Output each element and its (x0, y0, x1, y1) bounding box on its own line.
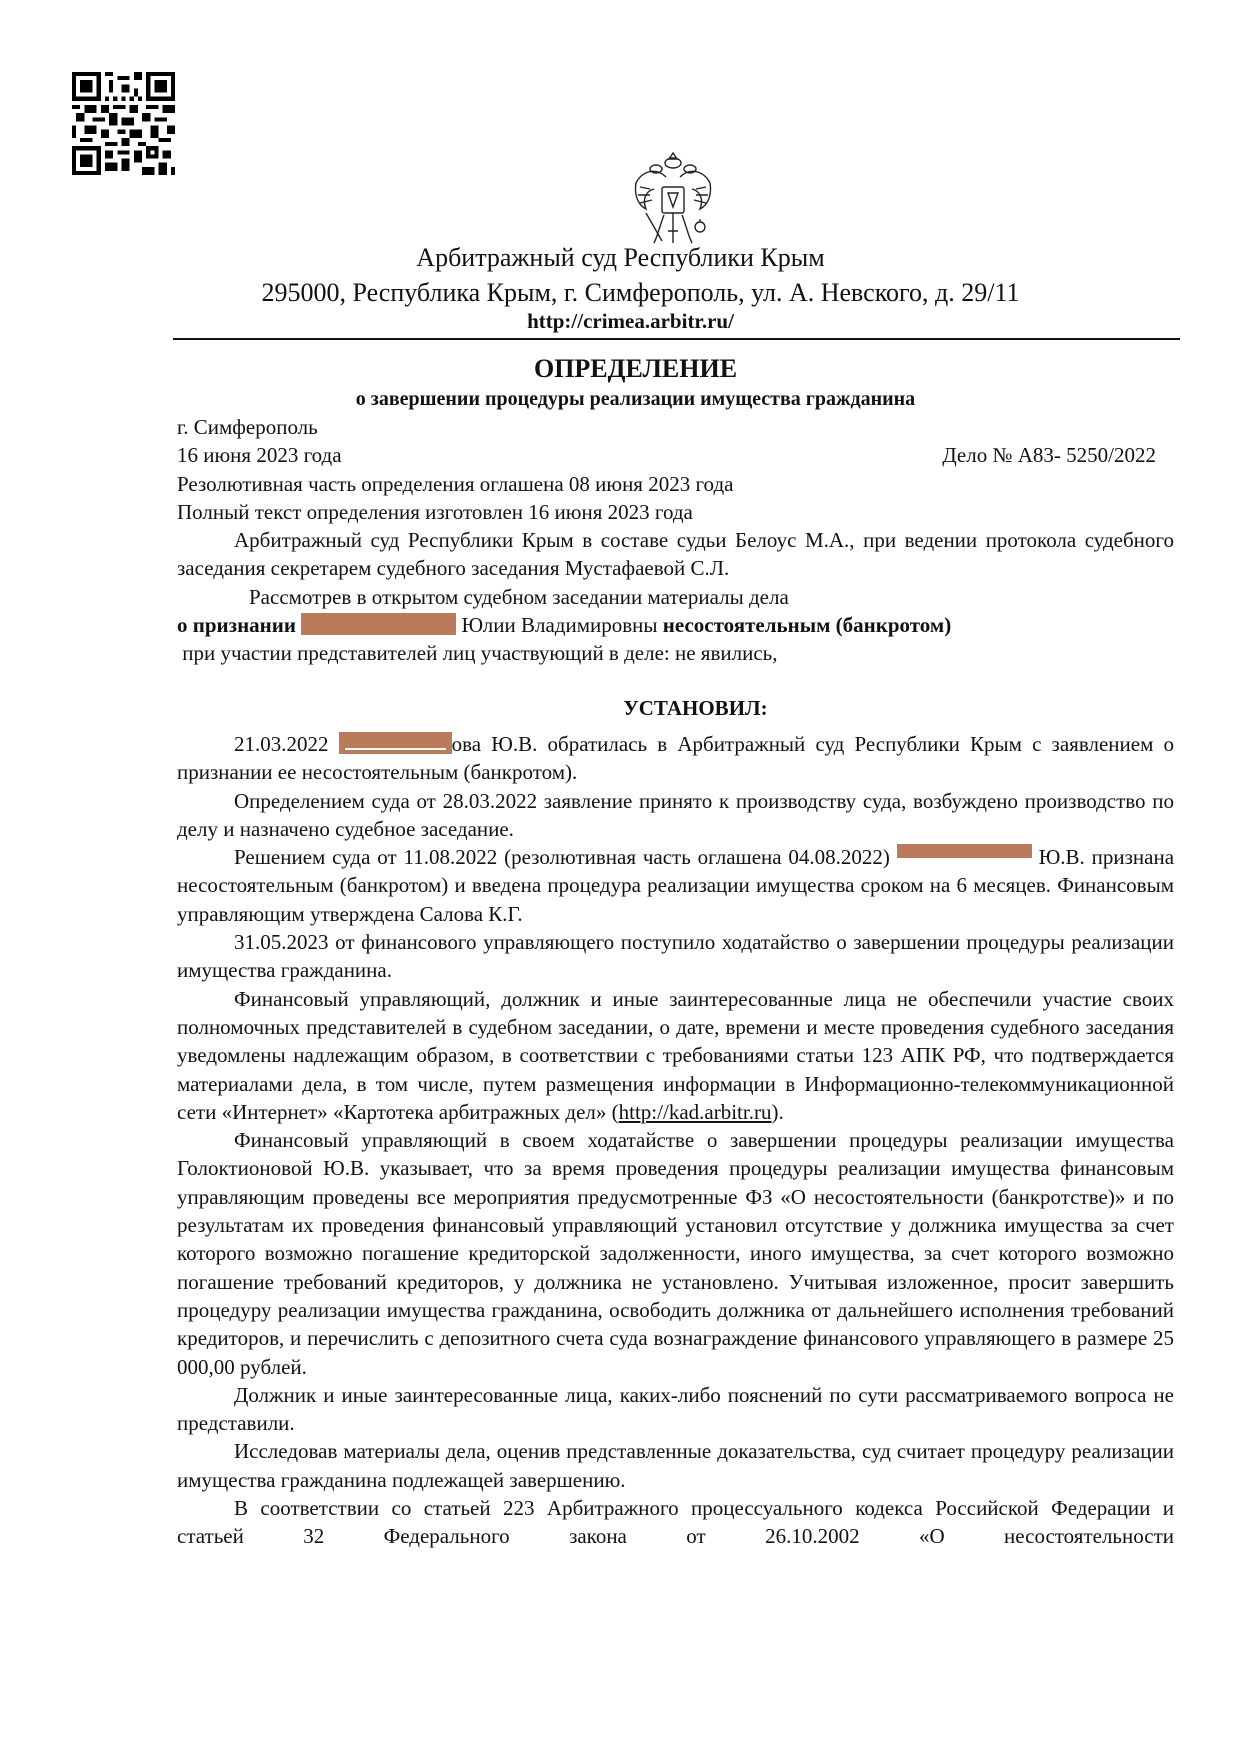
intro-subject: о признании Юлии Владимировны несостояте… (177, 611, 1174, 639)
court-name: Арбитражный суд Республики Крым (0, 243, 1241, 273)
russian-coat-of-arms-icon (628, 147, 718, 249)
paragraph-decision: Решением суда от 11.08.2022 (резолютивна… (177, 843, 1174, 928)
decision-text-start: Решением суда от 11.08.2022 (резолютивна… (234, 845, 890, 869)
section-heading-established: УСТАНОВИЛ: (177, 694, 1174, 722)
qr-code-icon (72, 72, 175, 175)
paragraph-legal-basis: В соответствии со статьей 223 Арбитражно… (177, 1494, 1174, 1551)
city: г. Симферополь (177, 413, 1174, 441)
document-body: г. Симферополь 16 июня 2023 года Дело № … (177, 413, 1174, 1551)
case-number: Дело № А83- 5250/2022 (942, 441, 1174, 469)
subject-prefix: о признании (177, 613, 296, 637)
court-website[interactable]: http://crimea.arbitr.ru/ (0, 308, 1241, 334)
redacted-surname (339, 732, 452, 754)
operative-part-date: Резолютивная часть определения оглашена … (177, 470, 1174, 498)
subject-suffix: несостоятельным (банкротом) (663, 613, 951, 637)
paragraph-application: 21.03.2022 ова Ю.В. обратилась в Арбитра… (177, 730, 1174, 787)
paragraph-acceptance: Определением суда от 28.03.2022 заявлени… (177, 787, 1174, 844)
document-subtitle: о завершении процедуры реализации имущес… (0, 386, 1241, 412)
paragraph-no-explanations: Должник и иные заинтересованные лица, ка… (177, 1381, 1174, 1438)
intro-participants: при участии представителей лиц участвующ… (177, 639, 1174, 667)
kad-arbitr-link[interactable]: http://kad.arbitr.ru (619, 1100, 772, 1124)
document-page: Арбитражный суд Республики Крым 295000, … (0, 0, 1241, 1755)
notification-end: ). (771, 1100, 783, 1124)
intro-considered: Рассмотрев в открытом судебном заседании… (177, 583, 1174, 611)
full-text-date: Полный текст определения изготовлен 16 и… (177, 498, 1174, 526)
paragraph-court-conclusion: Исследовав материалы дела, оценив предст… (177, 1437, 1174, 1494)
paragraph-notification: Финансовый управляющий, должник и иные з… (177, 985, 1174, 1126)
redacted-surname (897, 844, 1032, 858)
intro-court-composition: Арбитражный суд Республики Крым в состав… (177, 526, 1174, 583)
document-title: ОПРЕДЕЛЕНИЕ (0, 354, 1241, 384)
paragraph-petition: 31.05.2023 от финансового управляющего п… (177, 928, 1174, 985)
header-divider (173, 338, 1180, 340)
application-date: 21.03.2022 (234, 732, 329, 756)
debtor-name: Юлии Владимировны (456, 613, 663, 637)
court-address: 295000, Республика Крым, г. Симферополь,… (0, 278, 1241, 308)
paragraph-manager-report: Финансовый управляющий в своем ходатайст… (177, 1126, 1174, 1381)
decision-date: 16 июня 2023 года (177, 441, 342, 469)
redacted-surname (301, 613, 456, 635)
date-case-row: 16 июня 2023 года Дело № А83- 5250/2022 (177, 441, 1174, 469)
